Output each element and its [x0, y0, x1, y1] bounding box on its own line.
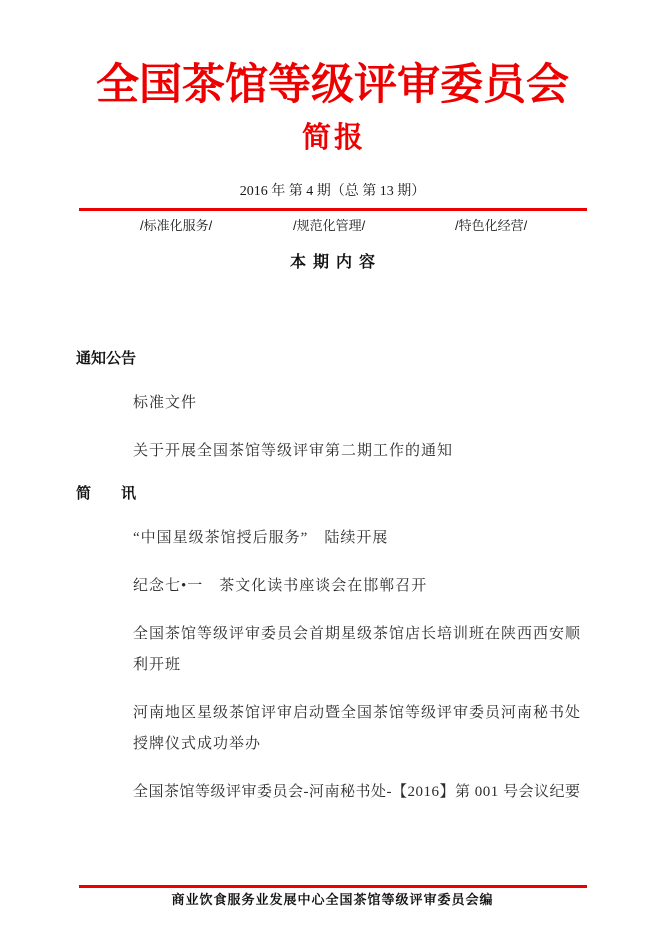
section-briefs-items: “中国星级茶馆授后服务” 陆续开展 纪念七•一 茶文化读书座谈会在邯郸召开 全国… — [133, 523, 591, 808]
table-of-contents: 通知公告 标准文件 关于开展全国茶馆等级评审第二期工作的通知 简 讯 “中国星级… — [0, 350, 665, 808]
contents-heading: 本期内容 — [0, 254, 665, 272]
toc-item-manager-training-class: 全国茶馆等级评审委员会首期星级茶馆店长培训班在陕西西安顺利开班 — [133, 619, 591, 681]
toc-item-henan-meeting-minutes: 全国茶馆等级评审委员会-河南秘书处-【2016】第 001 号会议纪要 — [133, 777, 591, 808]
page-subtitle: 简报 — [0, 122, 665, 154]
toc-item-henan-launch-ceremony: 河南地区星级茶馆评审启动暨全国茶馆等级评审委员河南秘书处授牌仪式成功举办 — [133, 698, 591, 760]
toc-item-standard-documents: 标准文件 — [133, 388, 591, 419]
top-divider — [79, 208, 587, 211]
issue-line: 2016 年 第 4 期（总 第 13 期） — [0, 184, 665, 200]
toc-item-reading-symposium: 纪念七•一 茶文化读书座谈会在邯郸召开 — [133, 571, 591, 602]
category-strip: /标准化服务/ /规范化管理/ /特色化经营/ — [0, 217, 665, 234]
section-notices: 通知公告 标准文件 关于开展全国茶馆等级评审第二期工作的通知 — [0, 350, 665, 467]
section-notices-items: 标准文件 关于开展全国茶馆等级评审第二期工作的通知 — [133, 388, 591, 467]
footer-credit: 商业饮食服务业发展中心全国茶馆等级评审委员会编 — [0, 892, 665, 908]
toc-item-second-phase-notice: 关于开展全国茶馆等级评审第二期工作的通知 — [133, 436, 591, 467]
category-normalized-management: /规范化管理/ — [293, 217, 365, 234]
footer-divider — [79, 885, 587, 888]
section-briefs-heading: 简 讯 — [76, 485, 665, 503]
category-standardized-service: /标准化服务/ — [140, 217, 212, 234]
bulletin-page: 全国茶馆等级评审委员会 简报 2016 年 第 4 期（总 第 13 期） /标… — [0, 0, 665, 948]
category-distinctive-operation: /特色化经营/ — [455, 217, 527, 234]
section-briefs: 简 讯 “中国星级茶馆授后服务” 陆续开展 纪念七•一 茶文化读书座谈会在邯郸召… — [0, 485, 665, 808]
page-title: 全国茶馆等级评审委员会 — [0, 0, 665, 112]
toc-item-post-award-service: “中国星级茶馆授后服务” 陆续开展 — [133, 523, 591, 554]
section-notices-heading: 通知公告 — [76, 350, 665, 368]
